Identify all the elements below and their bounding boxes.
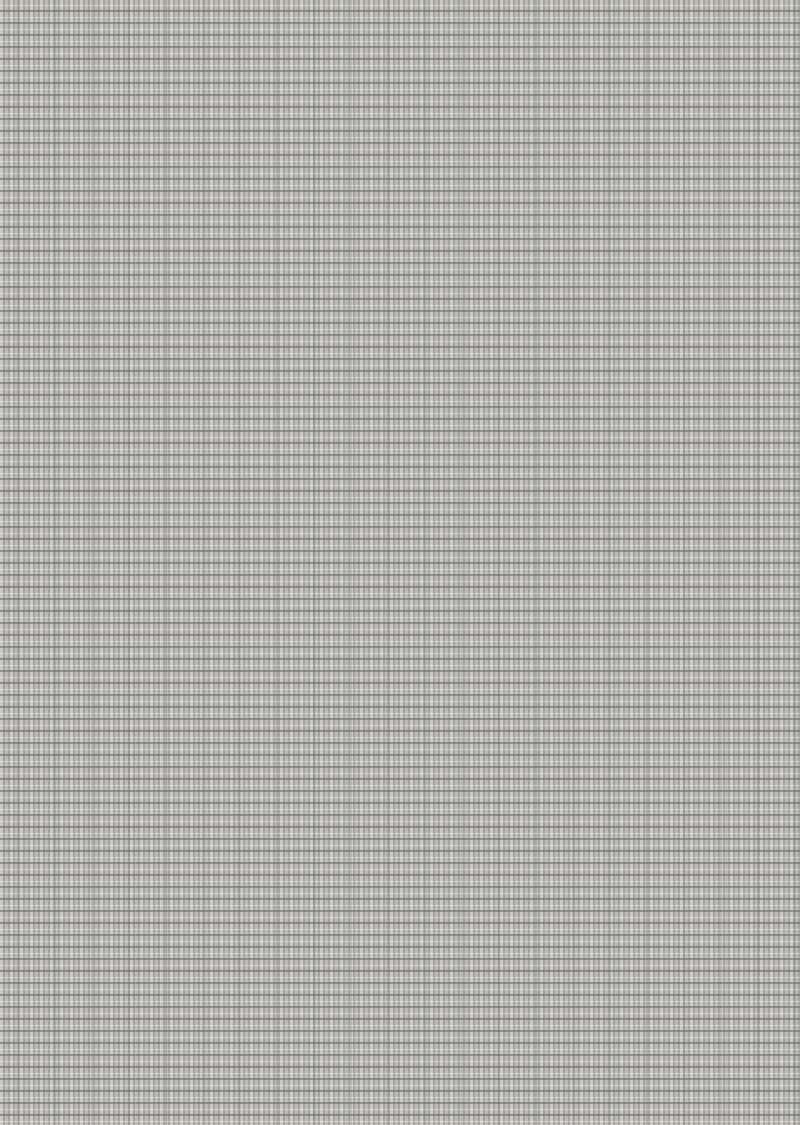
woven-texture — [0, 0, 800, 1125]
weave-pattern-overlay — [0, 0, 800, 1125]
